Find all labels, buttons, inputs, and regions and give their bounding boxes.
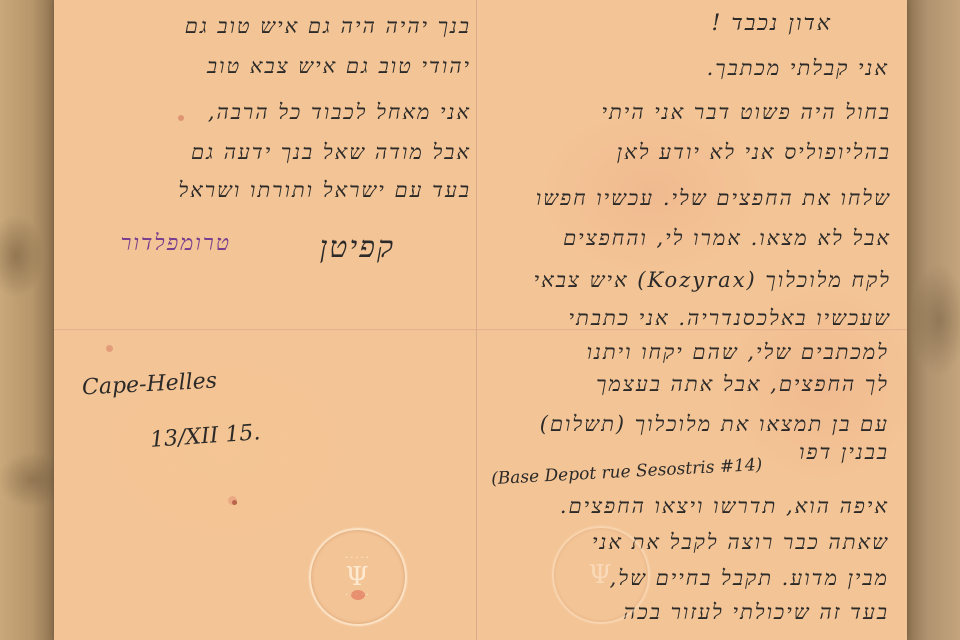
letter-date: 13/XII 15.: [149, 420, 261, 453]
letter-line: למכתבים שלי, שהם יקחו ויתנו: [587, 340, 889, 365]
letter-line: שלחו את החפצים שלי. עכשיו חפשו: [536, 186, 891, 211]
embossed-stamp: ····· Ψ ·····: [309, 528, 407, 626]
letter-line: מבין מדוע. תקבל בחיים של,: [610, 566, 889, 591]
letter-line: בחול היה פשוט דבר אני היתי: [601, 100, 891, 125]
letter-line: בעד עם ישראל ותורתו ושראל: [178, 178, 471, 203]
letter-line: עם בן תמצאו את מלוכלוך (תשלום): [540, 412, 889, 437]
letter-line: אני מאחל לכבוד כל הרבה,: [208, 100, 471, 125]
letter-line: לקח מלוכלוך (Kozyrax) איש צבאי: [534, 268, 891, 293]
letter-line: בנך יהיה היה גם איש טוב גם: [185, 14, 471, 39]
letter-line: איפה הוא, תדרשו ויצאו החפצים.: [560, 494, 889, 519]
letter-line: לך החפצים, אבל אתה בעצמך: [596, 372, 889, 397]
letter-sheet: אדון נכבד ! אני קבלתי מכתבך. בחול היה פש…: [54, 0, 907, 640]
letter-line: בעד זה שיכולתי לעזור בכה: [623, 600, 889, 625]
vertical-fold-line: [476, 0, 478, 640]
signature-title: קפיטן: [320, 230, 395, 265]
letter-line: בהליופוליס אני לא יודע לאן: [617, 140, 891, 165]
ink-stain: [228, 496, 237, 505]
letter-line: שעכשיו באלכסנדריה. אני כתבתי: [569, 306, 891, 331]
blurred-background-left: [0, 0, 54, 640]
letter-line: אני קבלתי מכתבך.: [707, 56, 889, 81]
letter-line: אבל לא מצאו. אמרו לי, והחפצים: [563, 226, 891, 251]
embossed-stamp-faint: Ψ: [552, 526, 650, 624]
letter-line: יהודי טוב גם איש צבא טוב: [207, 54, 471, 79]
signature-name: טרומפלדור: [121, 230, 231, 256]
greeting: אדון נכבד !: [712, 10, 832, 36]
ink-stain: [178, 115, 184, 121]
place-name: Cape-Helles: [81, 368, 217, 400]
red-spot: [351, 590, 365, 600]
ink-stain: [106, 345, 113, 352]
letter-line: בבנין דפו: [799, 440, 889, 465]
english-address-note: (Base Depot rue Sesostris #14): [491, 455, 763, 489]
letter-line: אבל מודה שאל בנך ידעה גם: [191, 140, 471, 165]
menorah-icon: Ψ: [589, 562, 614, 588]
menorah-icon: Ψ: [346, 564, 371, 590]
blurred-background-right: [907, 0, 960, 640]
